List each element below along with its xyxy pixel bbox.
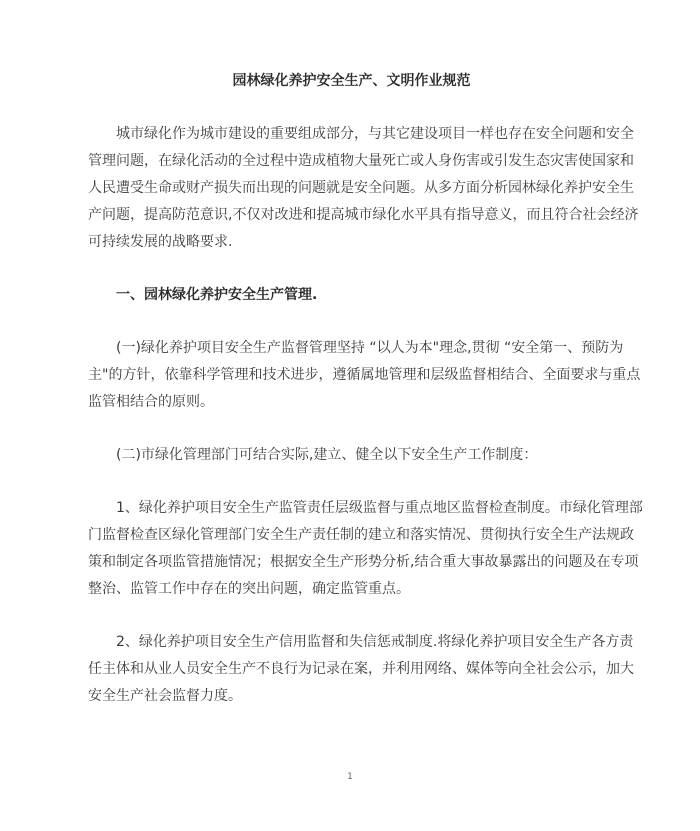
paragraph-intro: 城市绿化作为城市建设的重要组成部分，与其它建设项目一样也存在安全问题和安全 管理… (88, 121, 615, 256)
text-line: 城市绿化作为城市建设的重要组成部分，与其它建设项目一样也存在安全问题和安全 (88, 121, 615, 148)
text-line: 策和制定各项监管措施情况；根据安全生产形势分析,结合重大事故暴露出的问题及在专项 (88, 549, 615, 576)
text-line: (一)绿化养护项目安全生产监督管理坚持 “以人为本"理念,贯彻 “安全第一、预防… (88, 335, 615, 362)
text-line: 可持续发展的战略要求. (88, 229, 615, 256)
document-page: 园林绿化养护安全生产、文明作业规范 城市绿化作为城市建设的重要组成部分，与其它建… (0, 0, 700, 831)
text-line: (二)市绿化管理部门可结合实际,建立、健全以下安全生产工作制度： (88, 442, 615, 469)
paragraph-subitem-2: 2、绿化养护项目安全生产信用监督和失信惩戒制度.将绿化养护项目安全生产各方责 任… (88, 629, 615, 710)
text-line: 人民遭受生命或财产损失而出现的问题就是安全问题。从多方面分析园林绿化养护安全生 (88, 175, 615, 202)
text-line: 监管相结合的原则。 (88, 389, 615, 416)
paragraph-item-2: (二)市绿化管理部门可结合实际,建立、健全以下安全生产工作制度： (88, 442, 615, 469)
section-heading-1: 一、园林绿化养护安全生产管理. (88, 282, 615, 309)
text-line: 一、园林绿化养护安全生产管理. (88, 282, 615, 309)
page-number: 1 (0, 772, 700, 782)
text-line: 产问题，提高防范意识,不仅对改进和提高城市绿化水平具有指导意义，而且符合社会经济 (88, 202, 615, 229)
document-title: 园林绿化养护安全生产、文明作业规范 (88, 71, 615, 91)
text-line: 管理问题，在绿化活动的全过程中造成植物大量死亡或人身伤害或引发生态灾害使国家和 (88, 148, 615, 175)
text-line: 任主体和从业人员安全生产不良行为记录在案，并利用网络、媒体等向全社会公示，加大 (88, 656, 615, 683)
text-line: 整治、监管工作中存在的突出问题，确定监管重点。 (88, 576, 615, 603)
text-line: 门监督检查区绿化管理部门安全生产责任制的建立和落实情况、贯彻执行安全生产法规政 (88, 522, 615, 549)
text-line: 2、绿化养护项目安全生产信用监督和失信惩戒制度.将绿化养护项目安全生产各方责 (88, 629, 615, 656)
text-line: 1、绿化养护项目安全生产监管责任层级监督与重点地区监督检查制度。市绿化管理部 (88, 495, 615, 522)
text-line: 主"的方针，依靠科学管理和技术进步，遵循属地管理和层级监督相结合、全面要求与重点 (88, 362, 615, 389)
paragraph-subitem-1: 1、绿化养护项目安全生产监管责任层级监督与重点地区监督检查制度。市绿化管理部 门… (88, 495, 615, 603)
paragraph-item-1: (一)绿化养护项目安全生产监督管理坚持 “以人为本"理念,贯彻 “安全第一、预防… (88, 335, 615, 416)
text-line: 安全生产社会监督力度。 (88, 683, 615, 710)
